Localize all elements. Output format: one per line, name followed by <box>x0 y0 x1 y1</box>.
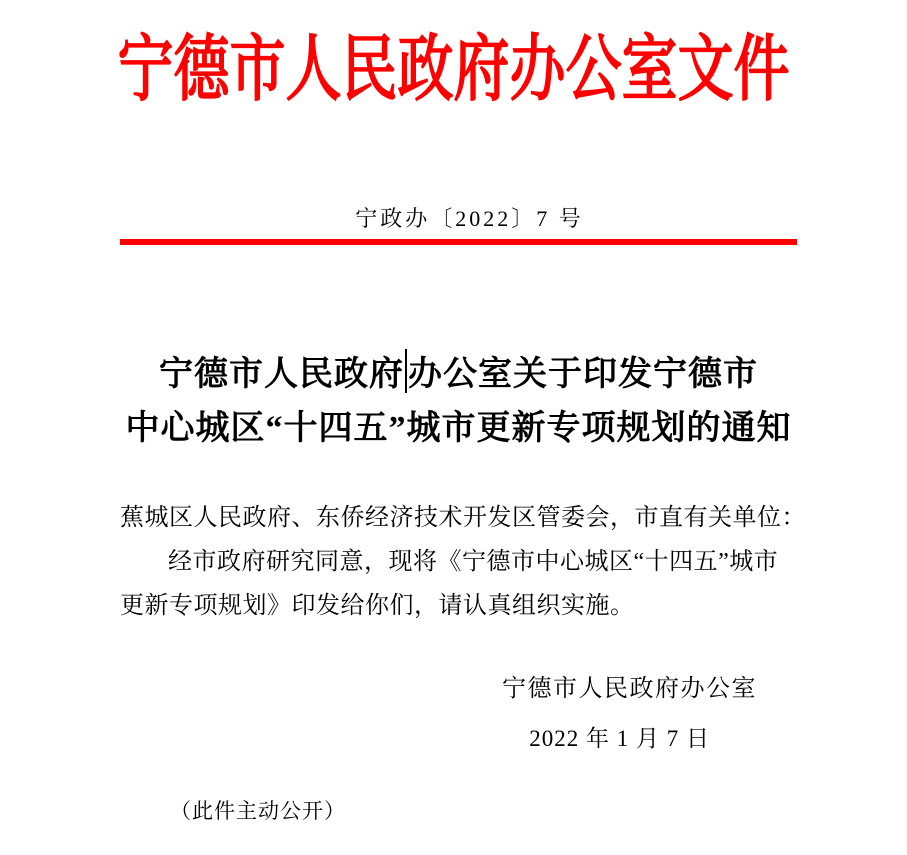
document-body[interactable]: 蕉城区人民政府、东侨经济技术开发区管委会，市直有关单位： 经市政府研究同意，现将… <box>120 496 805 628</box>
letterhead-title: 宁德市人民政府办公室文件 <box>0 12 907 116</box>
issue-date[interactable]: 2022 年 1 月 7 日 <box>120 720 710 753</box>
title-text-before-caret[interactable]: 宁德市人民政府 <box>159 356 404 393</box>
document-title-line-2[interactable]: 中心城区“十四五”城市更新专项规划的通知 <box>105 402 812 456</box>
red-divider-line <box>120 239 797 245</box>
body-paragraph-line-1[interactable]: 经市政府研究同意，现将《宁德市中心城区“十四五”城市 <box>120 540 805 584</box>
issuer-signature[interactable]: 宁德市人民政府办公室 <box>120 668 757 703</box>
body-paragraph-line-2[interactable]: 更新专项规划》印发给你们，请认真组织实施。 <box>120 584 805 628</box>
document-title[interactable]: 宁德市人民政府办公室关于印发宁德市 中心城区“十四五”城市更新专项规划的通知 <box>105 348 812 456</box>
text-cursor-caret <box>405 349 407 393</box>
title-text-after-caret[interactable]: 办公室关于印发宁德市 <box>408 356 758 393</box>
disclosure-note[interactable]: （此件主动公开） <box>170 795 346 825</box>
addressee-line[interactable]: 蕉城区人民政府、东侨经济技术开发区管委会，市直有关单位： <box>120 496 805 540</box>
document-number[interactable]: 宁政办〔2022〕7 号 <box>16 202 907 233</box>
document-title-line-1[interactable]: 宁德市人民政府办公室关于印发宁德市 <box>105 348 812 402</box>
official-document-page[interactable]: 宁德市人民政府办公室文件 宁政办〔2022〕7 号 宁德市人民政府办公室关于印发… <box>0 0 907 855</box>
